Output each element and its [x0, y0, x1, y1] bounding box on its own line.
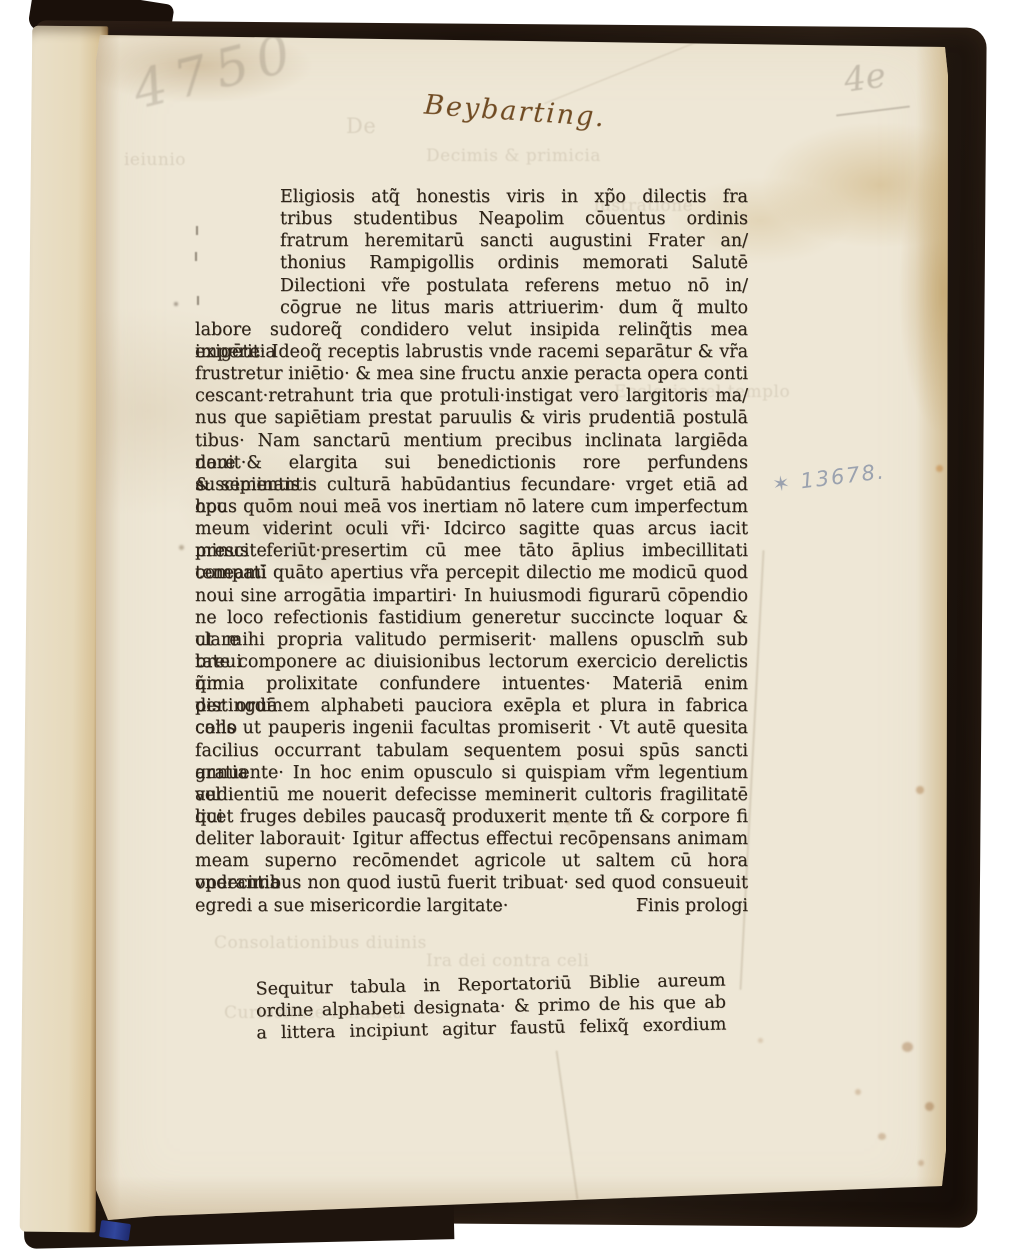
- prologue-opening-lines: Eligiosis atq̃ honestis viris in xp̃o di…: [280, 186, 748, 319]
- prologue-final-line: egredi a sue misericordie largitate· Fin…: [195, 895, 748, 917]
- text-line: cescant·retrahunt tria que protuli·insti…: [195, 385, 748, 407]
- foxing-spot: [916, 786, 924, 794]
- text-line: per ordinem alphabeti pauciora exēpla et…: [195, 695, 748, 717]
- prologue-closing-text: egredi a sue misericordie largitate·: [195, 895, 508, 917]
- prologue-text-block: Eligiosis atq̃ honestis viris in xp̃o di…: [195, 186, 748, 917]
- text-line: frustretur iniētio· & mea sine fructu an…: [195, 363, 748, 385]
- text-line: audientiū me nouerit defecisse meminerit…: [195, 784, 748, 806]
- book-page: De Decimis & primicia ieiunio lustration…: [96, 30, 948, 1222]
- text-line: cōgrue ne litus maris attriuerim· dum q̃…: [280, 297, 748, 319]
- ink-speck: [179, 545, 184, 550]
- ownership-inscription: Beybarting.: [423, 90, 607, 134]
- text-line: opus quōm noui meā vos inertiam nō later…: [195, 496, 748, 518]
- photo-canvas: De Decimis & primicia ieiunio lustration…: [0, 0, 1016, 1260]
- show-through-text: Decimis & primicia: [426, 146, 601, 166]
- text-line: tibus· Nam sanctarū mentium precibus inc…: [195, 430, 748, 452]
- facing-page-edge: [20, 26, 109, 1233]
- text-line: Dilectioni vr̃e postulata referens metuo…: [280, 275, 748, 297]
- text-line: Eligiosis atq̃ honestis viris in xp̃o di…: [280, 186, 748, 208]
- foxing-spot: [855, 1089, 861, 1095]
- paper-crease: [556, 1051, 578, 1200]
- text-line: meam superno recōmendet agricole ut salt…: [195, 850, 748, 872]
- pencil-strike-mark: [836, 105, 910, 116]
- show-through-text: Ira dei contra celi: [426, 951, 589, 971]
- text-line: nus que sapiētiam prestat paruulis & vir…: [195, 407, 748, 429]
- text-line: minus feriūt·presertim cū mee tāto āpliu…: [195, 540, 748, 562]
- text-line: ne loco refectionis fastidium generetur …: [195, 607, 748, 629]
- text-line: licet fruges debiles paucasq̃ produxerit…: [195, 806, 748, 828]
- text-line: nimia prolixitate confundere intuentes· …: [195, 673, 748, 695]
- foxing-spot: [878, 1133, 886, 1140]
- text-line: tribus studentibus Neapolim cōuentus ord…: [280, 208, 748, 230]
- show-through-text: Consolationibus diuinis: [214, 933, 427, 953]
- ink-speck: [174, 302, 178, 306]
- text-line: deliter laborauit· Igitur affectus effec…: [195, 828, 748, 850]
- text-line: operantibus non quod iustū fuerit tribua…: [195, 872, 748, 894]
- foxing-spot: [758, 1038, 763, 1043]
- tabula-note-block: Sequitur tabula in Reportatoriū Biblie a…: [255, 969, 726, 1044]
- text-line: tate componere ac diuisionibus lectorum …: [195, 651, 748, 673]
- show-through-text: ieiunio: [124, 150, 186, 170]
- text-line: noui sine arrogātia impartiri· In huiusm…: [195, 585, 748, 607]
- text-line: labore sudoreq̃ condidero velut insipida…: [195, 319, 748, 341]
- prologue-body-lines: labore sudoreq̃ condidero velut insipida…: [195, 319, 748, 895]
- text-line: exigēte· Ideoq̃ receptis labrustis vnde …: [195, 341, 748, 363]
- foxing-spot: [936, 465, 943, 472]
- text-line: compati quāto apertius vr̃a percepit dil…: [195, 562, 748, 584]
- show-through-text: De: [346, 114, 376, 138]
- pencil-inscription-top-right: 4e: [841, 55, 888, 100]
- shelfmark-number: ✶ 13678.: [771, 459, 887, 497]
- finis-prologi-label: Finis prologi: [636, 895, 748, 917]
- text-line: ut mihi propria valitudo permiserit· mal…: [195, 629, 748, 651]
- text-line: cans ut pauperis ingenii facultas promis…: [195, 717, 748, 739]
- text-line: nouit·& elargita sui benedictionis rore …: [195, 452, 748, 474]
- foxing-spot: [918, 1160, 924, 1166]
- text-line: annuente· In hoc enim opusculo si quispi…: [195, 762, 748, 784]
- text-line: fratrum heremitarū sancti augustini Frat…: [280, 230, 748, 252]
- text-line: & seminantis culturā habūdantius fecunda…: [195, 474, 748, 496]
- text-line: facilius occurrant tabulam sequentem pos…: [195, 740, 748, 762]
- text-line: thonius Rampigollis ordinis memorati Sal…: [280, 252, 748, 274]
- text-line: meum viderint oculi vr̃i· Idcirco sagitt…: [195, 518, 748, 540]
- foxing-spot: [902, 1042, 913, 1052]
- foxing-spot: [925, 1102, 934, 1111]
